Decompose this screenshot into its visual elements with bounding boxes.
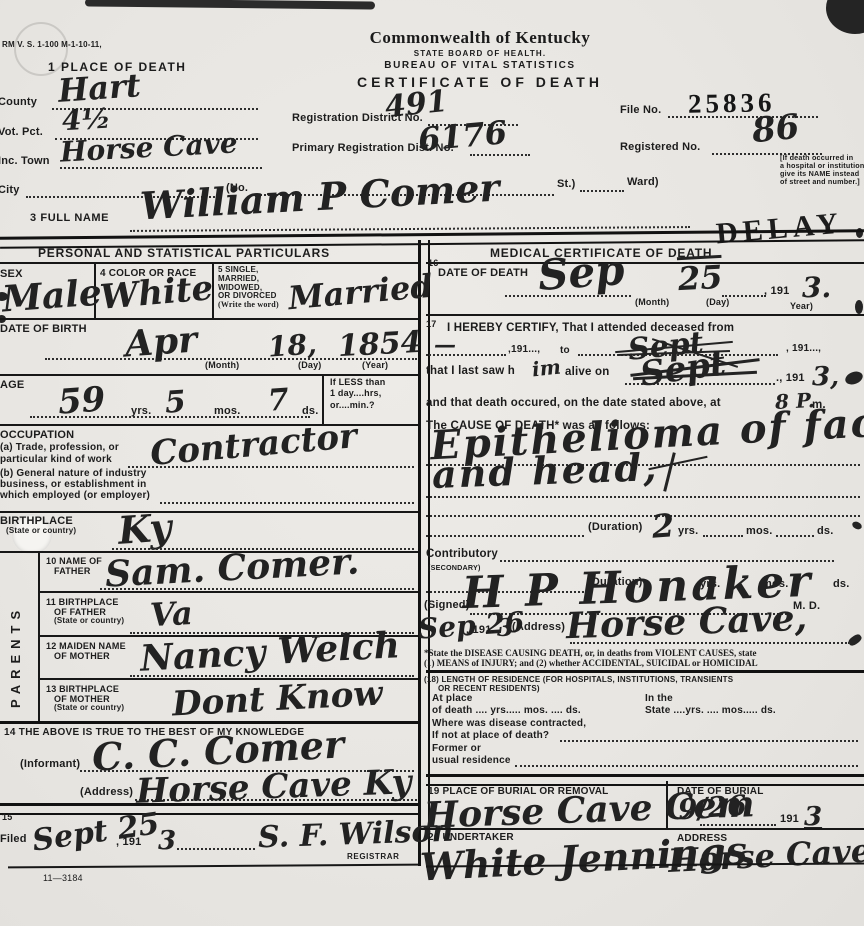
filed-year-printed: , 191 (116, 836, 141, 848)
file-no-label: File No. (620, 104, 661, 116)
marital-label: 5 SINGLE, MARRIED, WIDOWED, OR DIVORCED … (218, 266, 279, 310)
age-label: AGE (0, 379, 24, 391)
precinct-value: 4½ (61, 105, 111, 136)
age-less-than-note: If LESS than 1 day....hrs, or....min.? (330, 377, 385, 411)
birthplace-value: Ky (117, 508, 173, 550)
dod-day-caption: (Day) (706, 297, 730, 307)
cause-line3 (426, 513, 860, 517)
age-line (30, 414, 310, 418)
dob-year-caption: (Year) (362, 360, 388, 370)
scan-artifact (843, 369, 864, 386)
scan-artifact (85, 0, 375, 10)
dod-year-printed: , 191 (764, 285, 789, 297)
filed-number: 15 (2, 812, 12, 822)
duration-years-value: 2 (651, 509, 675, 542)
hospital-note: [If death occurred in a hospital or inst… (780, 154, 864, 186)
registered-no-label: Registered No. (620, 141, 700, 153)
occupation-b-line (160, 500, 414, 504)
signed-address-label: (Address) (512, 621, 565, 633)
personal-title: PERSONAL AND STATISTICAL PARTICULARS (38, 246, 330, 260)
form-code: RM V. S. 1-100 M-1-10-11, (2, 40, 102, 49)
from-year-printed: ,191..., (508, 344, 540, 355)
full-name-value: William P Comer (139, 169, 500, 226)
dod-year-value: 3. (802, 274, 831, 302)
contracted-label2: If not at place of death? (432, 730, 549, 741)
rule (0, 803, 418, 815)
bureau: BUREAU OF VITAL STATISTICS (265, 60, 695, 71)
marital-write-word: (Write the word) (218, 301, 279, 310)
father-name-label2: FATHER (54, 566, 91, 576)
age-days-value: 7 (267, 385, 290, 416)
duration-mos-caption: mos. (746, 525, 772, 537)
informant-address-label: (Address) (80, 786, 133, 798)
commonwealth-title: Commonwealth of Kentucky (265, 28, 695, 48)
informant-label: (Informant) (20, 758, 80, 770)
at-place-label2: of death .... yrs..... mos. .... ds. (432, 705, 581, 716)
to-word: to (560, 345, 570, 356)
filed-date-value: Sept 25 (31, 809, 162, 856)
cause-line2-value: and head, (431, 448, 658, 494)
sex-value: Male (1, 275, 103, 318)
occupation-label: OCCUPATION (0, 429, 74, 441)
dod-year-caption: Year) (790, 301, 813, 311)
father-bp-label1: 11 BIRTHPLACE (46, 597, 119, 607)
dod-month-value: Sep (537, 249, 626, 297)
former-residence-label2: usual residence (432, 755, 511, 766)
rule (426, 670, 864, 673)
dod-number: 16 (428, 258, 438, 268)
header-block: Commonwealth of Kentucky STATE BOARD OF … (265, 28, 695, 90)
county-label: County (0, 96, 37, 108)
former-residence-line (515, 763, 858, 767)
full-name-label: 3 FULL NAME (30, 212, 109, 224)
attended-from-line (426, 352, 506, 356)
city-label: City (0, 184, 20, 196)
mother-name-label2: OF MOTHER (54, 651, 110, 661)
scan-artifact (826, 0, 864, 34)
registered-no-value: 86 (750, 110, 801, 149)
dob-day-value: 18, (267, 330, 318, 361)
city-ward-label: Ward) (627, 176, 659, 188)
dod-day-value: 25 (677, 261, 723, 295)
saw-him-hw: im (531, 357, 562, 380)
rule (426, 262, 864, 264)
mother-bp-value: Dont Know (171, 677, 383, 722)
rule (0, 374, 418, 376)
filed-label: Filed (0, 833, 27, 845)
footnote-line1: *State the DISEASE CAUSING DEATH, or, in… (424, 648, 757, 658)
scan-artifact (855, 300, 863, 314)
state-board: STATE BOARD OF HEALTH. (265, 49, 695, 58)
contributory-label: Contributory (426, 548, 498, 560)
primary-registration-value: 6176 (417, 116, 509, 156)
dob-month-caption: (Month) (205, 360, 239, 370)
mother-bp-label3: (State or country) (54, 703, 124, 712)
age-less-line: If LESS than (330, 377, 385, 388)
residence-label2: OR RECENT RESIDENTS) (438, 684, 540, 693)
hospital-note-line: of street and number.] (780, 178, 864, 186)
duration-yrs-caption: yrs. (678, 525, 698, 537)
to-year-printed: , 191..., (786, 343, 821, 354)
rule (0, 262, 418, 264)
parents-label: PARENTS (8, 578, 23, 708)
registrar-label: REGISTRAR (347, 852, 400, 861)
certificate-title: CERTIFICATE OF DEATH (265, 74, 695, 90)
burial-date-value: 9/26 (677, 792, 747, 825)
saw-year-value: 3, (812, 364, 839, 390)
mother-bp-label1: 13 BIRTHPLACE (46, 684, 119, 694)
duration-ds-caption: ds. (817, 525, 834, 537)
rule (420, 828, 864, 830)
death-occurred-text: and that death occured, on the date stat… (426, 397, 721, 409)
rule (8, 864, 418, 869)
registration-district-value: 491 (384, 87, 449, 123)
at-place-label1: At place (432, 693, 473, 704)
saw-text2: alive on (565, 366, 609, 378)
occupation-a-line1: (a) Trade, profession, or (0, 442, 119, 453)
race-value: White (99, 271, 215, 315)
occupation-b-line1: (b) General nature of industry (0, 468, 147, 479)
rule (426, 314, 864, 316)
duration-line3 (776, 533, 814, 537)
duration-line (426, 533, 584, 537)
duration-line2 (703, 533, 743, 537)
rule (0, 721, 418, 724)
father-bp-value: Va (149, 597, 193, 631)
scan-artifact (851, 520, 863, 531)
duration-label: (Duration) (588, 521, 643, 533)
footnote-line2: (1) MEANS of INJURY; and (2) whether ACC… (424, 658, 758, 668)
former-residence-label1: Former or (432, 743, 481, 754)
rule (38, 591, 418, 593)
city-st-label: St.) (557, 178, 576, 190)
occupation-b-line2: business, or establishment in (0, 479, 146, 490)
city-ward-line (580, 188, 624, 192)
dob-month-value: Apr (124, 322, 198, 363)
birthplace-sub: (State or country) (6, 526, 76, 535)
dob-day-caption: (Day) (298, 360, 322, 370)
certify-number: 17 (426, 319, 436, 329)
rule (0, 511, 418, 513)
dob-year-value: 1854 (337, 328, 422, 362)
marital-value: Married (287, 270, 434, 314)
town-label: Inc. Town (0, 155, 50, 167)
filed-line (177, 846, 255, 850)
age-less-line: or....min.? (330, 400, 385, 411)
town-value: Horse Cave (59, 129, 238, 166)
occupation-a-line2: particular kind of work (0, 454, 112, 465)
plate-number: 11—3184 (43, 873, 83, 883)
burial-year-value: 3 (804, 804, 822, 830)
residence-label1: (18) LENGTH OF RESIDENCE (FOR HOSPITALS,… (424, 675, 733, 684)
saw-year-printed: ., 191 (776, 372, 805, 384)
rule (426, 774, 864, 786)
precinct-label: Vot. Pct. (0, 126, 43, 138)
age-less-line: 1 day....hrs, (330, 388, 385, 399)
duration2-ds-caption: ds. (833, 578, 850, 590)
death-certificate-scan: RM V. S. 1-100 M-1-10-11, Commonwealth o… (0, 0, 864, 926)
cause-line2 (426, 494, 860, 498)
occupation-b-line3: which employed (or employer) (0, 490, 150, 501)
dod-month-caption: (Month) (635, 297, 669, 307)
mother-name-label1: 12 MAIDEN NAME (46, 641, 126, 651)
filed-year-value: 3 (158, 828, 176, 854)
dod-label: DATE OF DEATH (438, 267, 528, 279)
cell-divider (322, 374, 324, 424)
father-name-line (100, 586, 414, 590)
burial-year-printed: 191 (780, 813, 799, 825)
in-state-label1: In the (645, 693, 673, 704)
county-value: Hart (57, 69, 142, 107)
contracted-label1: Where was disease contracted, (432, 718, 586, 729)
burial-date-line (700, 822, 776, 826)
father-name-label1: 10 NAME OF (46, 556, 102, 566)
rule (0, 318, 418, 320)
in-state-label2: State ....yrs. .... mos..... ds. (645, 705, 776, 716)
saw-text1: that I last saw h (426, 365, 515, 377)
signed-date-printed: , 191. (466, 624, 495, 636)
dob-label: DATE OF BIRTH (0, 323, 87, 335)
father-bp-label3: (State or country) (54, 616, 124, 625)
ink-flourish (663, 452, 676, 492)
contracted-line (560, 738, 858, 742)
signed-address-value: Horse Cave, (565, 600, 807, 644)
